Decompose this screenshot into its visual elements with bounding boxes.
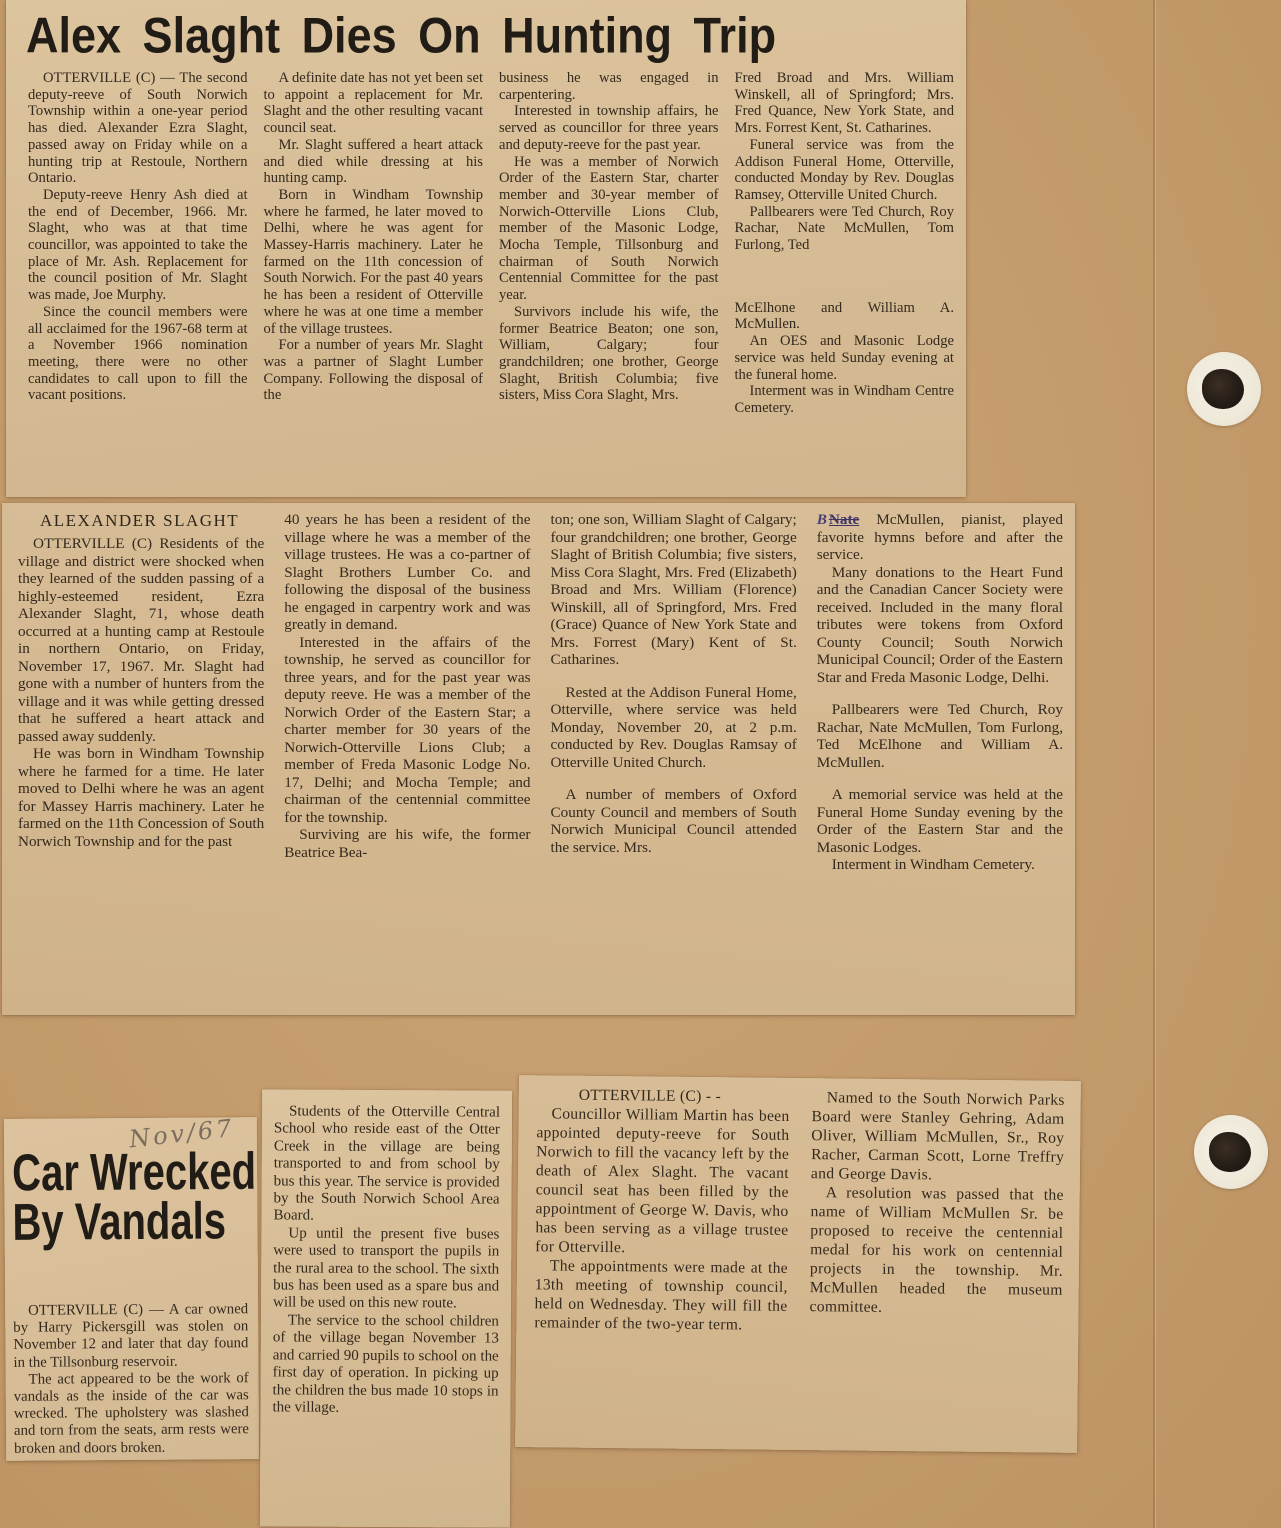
obituary-news-headline: Alex Slaght Dies On Hunting Trip	[6, 0, 966, 65]
paragraph: Up until the present five buses were use…	[273, 1225, 499, 1313]
council-columns: OTTERVILLE (C) - - Councillor William Ma…	[516, 1075, 1081, 1338]
paragraph: Interested in the affairs of the townshi…	[284, 634, 530, 827]
obituary-feature-heading: ALEXANDER SLAGHT	[40, 511, 264, 531]
paragraph: A number of members of Oxford County Cou…	[551, 786, 797, 856]
paragraph: An OES and Masonic Lodge service was hel…	[735, 333, 955, 383]
column: BNate McMullen, pianist, played favorite…	[817, 511, 1063, 874]
column: Fred Broad and Mrs. William Winskell, al…	[735, 70, 955, 417]
paragraph: A memorial service was held at the Funer…	[817, 786, 1063, 856]
column: OTTERVILLE (C) - - Councillor William Ma…	[534, 1085, 790, 1335]
paragraph: Pallbearers were Ted Church, Roy Rachar,…	[817, 701, 1063, 771]
column: A definite date has not yet been set to …	[264, 70, 484, 417]
clipping-car-wrecked: Nov/67 Car WreckedBy Vandals OTTERVILLE …	[4, 1117, 259, 1461]
page-crease	[1153, 0, 1155, 1528]
paragraph: The service to the school children of th…	[272, 1312, 499, 1418]
hole-punch-ring	[1187, 352, 1261, 426]
clipping-obituary-feature: ALEXANDER SLAGHT OTTERVILLE (C) Resident…	[2, 503, 1075, 1015]
school-bus-body: Students of the Otterville Central Schoo…	[260, 1089, 512, 1418]
paragraph: Councillor William Martin has been appoi…	[535, 1104, 790, 1259]
pen-scribble: B	[817, 511, 827, 528]
column: ton; one son, William Slaght of Calgary;…	[551, 511, 797, 874]
paragraph: Many donations to the Heart Fund and the…	[817, 564, 1063, 687]
paragraph: Deputy-reeve Henry Ash died at the end o…	[28, 187, 248, 304]
headline-line: By Vandals	[12, 1193, 226, 1252]
column: Named to the South Norwich Parks Board w…	[809, 1088, 1065, 1338]
paragraph: The appointments were made at the 13th m…	[534, 1256, 788, 1335]
paragraph: Mr. Slaght suffered a heart attack and d…	[264, 137, 484, 187]
paragraph: OTTERVILLE (C) — The second deputy-reeve…	[28, 70, 248, 187]
column: 40 years he has been a resident of the v…	[284, 511, 530, 874]
paragraph: OTTERVILLE (C) Residents of the village …	[18, 535, 264, 745]
paragraph: OTTERVILLE (C) — A car owned by Harry Pi…	[13, 1301, 248, 1371]
paragraph: Funeral service was from the Addison Fun…	[735, 137, 955, 204]
paragraph: Since the council members were all accla…	[28, 304, 248, 404]
paragraph: Fred Broad and Mrs. William Winskell, al…	[735, 70, 955, 137]
hole-punch-ring	[1194, 1115, 1268, 1189]
paragraph: Interment was in Windham Centre Cemetery…	[735, 383, 955, 416]
paragraph: Pallbearers were Ted Church, Roy Rachar,…	[735, 204, 955, 254]
paragraph: Survivors include his wife, the former B…	[499, 304, 719, 404]
clipping-school-bus: Students of the Otterville Central Schoo…	[260, 1089, 512, 1527]
paragraph: business he was engaged in carpentering.	[499, 70, 719, 103]
paragraph: He was born in Windham Township where he…	[18, 745, 264, 850]
car-wrecked-body: OTTERVILLE (C) — A car owned by Harry Pi…	[5, 1235, 260, 1458]
paragraph: Interested in township affairs, he serve…	[499, 103, 719, 153]
obituary-news-columns: OTTERVILLE (C) — The second deputy-reeve…	[6, 58, 966, 417]
paragraph: Surviving are his wife, the former Beatr…	[284, 826, 530, 861]
car-wrecked-headline: Car WreckedBy Vandals	[4, 1147, 258, 1248]
column: ALEXANDER SLAGHT OTTERVILLE (C) Resident…	[18, 511, 264, 874]
paragraph: Born in Windham Township where he farmed…	[264, 187, 484, 337]
paragraph: Named to the South Norwich Parks Board w…	[811, 1088, 1065, 1186]
obituary-feature-columns: ALEXANDER SLAGHT OTTERVILLE (C) Resident…	[2, 503, 1075, 874]
paragraph: ton; one son, William Slaght of Calgary;…	[551, 511, 797, 669]
paragraph: Interment in Windham Cemetery.	[817, 856, 1063, 874]
column: OTTERVILLE (C) — The second deputy-reeve…	[28, 70, 248, 417]
paragraph: BNate McMullen, pianist, played favorite…	[817, 511, 1063, 564]
hole-punch-hole	[1202, 369, 1244, 409]
struck-out-word: Nate	[829, 511, 859, 528]
hole-punch-hole	[1209, 1132, 1251, 1172]
clipping-obituary-news: Alex Slaght Dies On Hunting Trip OTTERVI…	[6, 0, 966, 497]
scrapbook-page: { "page": { "background_color": "#c49b6c…	[0, 0, 1281, 1528]
column: business he was engaged in carpentering.…	[499, 70, 719, 417]
paragraph: 40 years he has been a resident of the v…	[284, 511, 530, 634]
paragraph: Students of the Otterville Central Schoo…	[273, 1103, 500, 1226]
paragraph: A resolution was passed that the name of…	[809, 1183, 1063, 1319]
clipping-council: OTTERVILLE (C) - - Councillor William Ma…	[515, 1075, 1081, 1453]
paragraph: For a number of years Mr. Slaght was a p…	[264, 337, 484, 404]
paragraph: McElhone and William A. McMullen.	[735, 300, 955, 333]
paragraph: The act appeared to be the work of vanda…	[14, 1370, 250, 1458]
paragraph: A definite date has not yet been set to …	[264, 70, 484, 137]
paragraph: Rested at the Addison Funeral Home, Otte…	[551, 684, 797, 772]
paragraph: He was a member of Norwich Order of the …	[499, 154, 719, 304]
